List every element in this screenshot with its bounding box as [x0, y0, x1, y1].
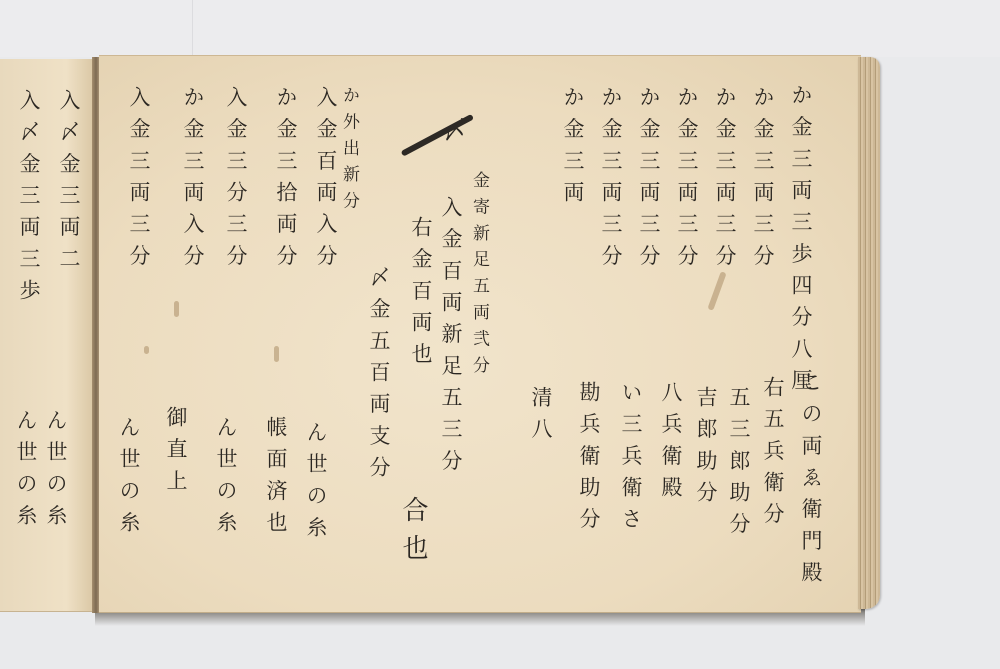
lower-right-block-column: 清 八 [530, 386, 551, 441]
left-page-column: ん 世 の 糸 [45, 409, 66, 527]
lower-right-block-column: こ の 両 ゑ 衛 門 殿 [800, 371, 821, 584]
upper-left-block-column: 入 金 三 両 三 分 [128, 86, 149, 267]
middle-block-column: 〆 金 五 百 両 支 分 [368, 266, 389, 479]
upper-left-block-column: か 外 出 新 分 [340, 86, 357, 211]
upper-right-block-column: か 金 三 両 [562, 86, 583, 204]
background-seam [192, 0, 193, 57]
left-page-column: 入 〆 金 三 両 三 歩 [18, 89, 39, 302]
upper-left-block-column: か 金 三 拾 両 分 [275, 86, 296, 267]
paper-stain [174, 301, 179, 317]
upper-right-block-column: か 金 三 両 三 分 [676, 86, 697, 267]
lower-right-block-column: 八 兵 衛 殿 [660, 381, 681, 499]
lower-right-block-column: 吉 郎 助 分 [695, 386, 716, 504]
middle-block-column: 入 金 百 両 新 足 五 三 分 [440, 196, 461, 472]
upper-right-block-column: か 金 三 両 三 歩 四 分 八 厘 [790, 84, 811, 392]
left-page: 入 〆 金 三 両 三 歩入 〆 金 三 両 二ん 世 の 糸ん 世 の 糸 [0, 59, 95, 612]
open-book: 入 〆 金 三 両 三 歩入 〆 金 三 両 二ん 世 の 糸ん 世 の 糸 か… [0, 55, 880, 613]
upper-left-block-column: 入 金 三 分 三 分 [225, 86, 246, 267]
lower-right-block-column: 五 三 郎 助 分 [728, 386, 749, 536]
middle-block-column: 右 金 百 両 也 [410, 216, 431, 366]
upper-right-block-column: か 金 三 両 三 分 [714, 86, 735, 267]
lower-right-block-column: 勘 兵 衛 助 分 [578, 381, 599, 531]
paper-stain [707, 271, 726, 311]
paper-stain [274, 346, 279, 362]
left-page-column: ん 世 の 糸 [15, 409, 36, 527]
middle-block-column: 合 也 [400, 496, 426, 562]
lower-right-block-column: 右 五 兵 衛 分 [762, 376, 783, 526]
lower-left-block-column: ん 世 の 糸 [305, 421, 326, 539]
lower-left-block-column: ん 世 の 糸 [215, 416, 236, 534]
right-page: か 金 三 両 三 歩 四 分 八 厘か 金 三 両 三 分か 金 三 両 三 … [99, 55, 861, 613]
lower-left-block-column: ん 世 の 糸 [118, 416, 139, 534]
lower-left-block-column: 帳 面 済 也 [265, 416, 286, 534]
upper-right-block-column: か 金 三 両 三 分 [638, 86, 659, 267]
middle-block-column: 金 寄 新 足 五 両 弐 分 [470, 171, 487, 375]
background-top [0, 0, 1000, 57]
lower-right-block-column: い 三 兵 衛 さ [620, 381, 641, 531]
upper-left-block-column: か 金 三 両 入 分 [182, 86, 203, 267]
upper-right-block-column: か 金 三 両 三 分 [752, 86, 773, 267]
upper-left-block-column: 入 金 百 両 入 分 [315, 86, 336, 267]
upper-right-block-column: か 金 三 両 三 分 [600, 86, 621, 267]
book-fore-edge [858, 57, 880, 609]
left-page-column: 入 〆 金 三 両 二 [58, 89, 79, 270]
paper-stain [144, 346, 149, 354]
lower-left-block-column: 御 直 上 [165, 406, 186, 492]
